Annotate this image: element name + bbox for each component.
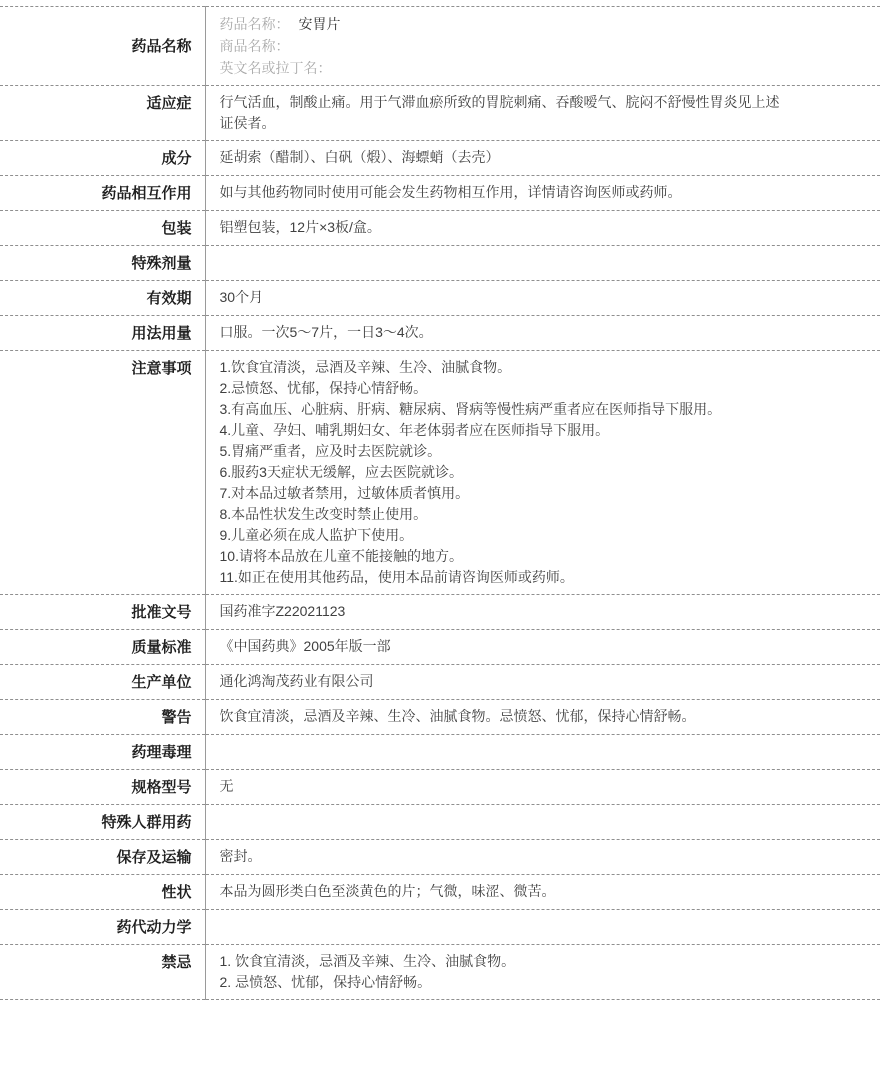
row-label-quality-standard: 质量标准 [0, 630, 205, 665]
packaging-text: 铝塑包装，12片×3板/盒。 [220, 217, 871, 238]
row-label-approval-number: 批准文号 [0, 595, 205, 630]
drug-info-table: 药品名称 药品名称：安胃片 商品名称： 英文名或拉丁名： 适应症 行气活血，制酸… [0, 6, 880, 1000]
row-content-properties: 本品为圆形类白色至淡黄色的片；气微，味涩、微苦。 [205, 875, 880, 910]
row-content-approval-number: 国药准字Z22021123 [205, 595, 880, 630]
row-label-specification: 规格型号 [0, 770, 205, 805]
row-label-ingredients: 成分 [0, 141, 205, 176]
row-dosage-usage: 用法用量 口服。一次5～7片，一日3～4次。 [0, 316, 880, 351]
row-drug-name: 药品名称 药品名称：安胃片 商品名称： 英文名或拉丁名： [0, 7, 880, 86]
row-label-storage-transport: 保存及运输 [0, 840, 205, 875]
row-special-dosage: 特殊剂量 [0, 246, 880, 281]
drug-name-value: 安胃片 [299, 16, 341, 32]
row-content-warning: 饮食宜清淡，忌酒及辛辣、生冷、油腻食物。忌愤怒、忧郁，保持心情舒畅。 [205, 700, 880, 735]
row-label-shelf-life: 有效期 [0, 281, 205, 316]
row-content-contraindications: 1. 饮食宜清淡，忌酒及辛辣、生冷、油腻食物。 2. 忌愤怒、忧郁，保持心情舒畅… [205, 945, 880, 1000]
row-content-pharmacokinetics [205, 910, 880, 945]
row-pharmacokinetics: 药代动力学 [0, 910, 880, 945]
row-ingredients: 成分 延胡索（醋制）、白矾（煅）、海螵蛸（去壳） [0, 141, 880, 176]
row-label-dosage-usage: 用法用量 [0, 316, 205, 351]
specification-text: 无 [220, 776, 871, 797]
row-label-contraindications: 禁忌 [0, 945, 205, 1000]
row-label-manufacturer: 生产单位 [0, 665, 205, 700]
row-content-special-populations [205, 805, 880, 840]
row-content-manufacturer: 通化鸿淘茂药业有限公司 [205, 665, 880, 700]
row-label-precautions: 注意事项 [0, 351, 205, 595]
row-content-drug-name: 药品名称：安胃片 商品名称： 英文名或拉丁名： [205, 7, 880, 86]
row-manufacturer: 生产单位 通化鸿淘茂药业有限公司 [0, 665, 880, 700]
row-content-ingredients: 延胡索（醋制）、白矾（煅）、海螵蛸（去壳） [205, 141, 880, 176]
drug-interactions-text: 如与其他药物同时使用可能会发生药物相互作用，详情请咨询医师或药师。 [220, 182, 871, 203]
row-special-populations: 特殊人群用药 [0, 805, 880, 840]
row-content-quality-standard: 《中国药典》2005年版一部 [205, 630, 880, 665]
row-content-special-dosage [205, 246, 880, 281]
contraindications-text: 1. 饮食宜清淡，忌酒及辛辣、生冷、油腻食物。 2. 忌愤怒、忧郁，保持心情舒畅… [220, 951, 871, 993]
row-pharmacology-toxicology: 药理毒理 [0, 735, 880, 770]
row-specification: 规格型号 无 [0, 770, 880, 805]
drug-name-prefix: 药品名称： [220, 16, 290, 32]
row-label-packaging: 包装 [0, 211, 205, 246]
indications-text: 行气活血，制酸止痛。用于气滞血瘀所致的胃脘刺痛、吞酸嗳气、脘闷不舒慢性胃炎见上述… [220, 92, 871, 134]
trade-name-field: 商品名称： [220, 35, 871, 57]
row-drug-interactions: 药品相互作用 如与其他药物同时使用可能会发生药物相互作用，详情请咨询医师或药师。 [0, 176, 880, 211]
row-content-specification: 无 [205, 770, 880, 805]
trade-name-prefix: 商品名称： [220, 38, 290, 54]
row-indications: 适应症 行气活血，制酸止痛。用于气滞血瘀所致的胃脘刺痛、吞酸嗳气、脘闷不舒慢性胃… [0, 86, 880, 141]
row-warning: 警告 饮食宜清淡，忌酒及辛辣、生冷、油腻食物。忌愤怒、忧郁，保持心情舒畅。 [0, 700, 880, 735]
row-contraindications: 禁忌 1. 饮食宜清淡，忌酒及辛辣、生冷、油腻食物。 2. 忌愤怒、忧郁，保持心… [0, 945, 880, 1000]
ingredients-text: 延胡索（醋制）、白矾（煅）、海螵蛸（去壳） [220, 147, 871, 168]
row-label-pharmacology-toxicology: 药理毒理 [0, 735, 205, 770]
shelf-life-text: 30个月 [220, 287, 871, 308]
row-content-packaging: 铝塑包装，12片×3板/盒。 [205, 211, 880, 246]
approval-number-text: 国药准字Z22021123 [220, 601, 871, 622]
row-label-drug-interactions: 药品相互作用 [0, 176, 205, 211]
row-label-properties: 性状 [0, 875, 205, 910]
row-content-indications: 行气活血，制酸止痛。用于气滞血瘀所致的胃脘刺痛、吞酸嗳气、脘闷不舒慢性胃炎见上述… [205, 86, 880, 141]
row-label-special-dosage: 特殊剂量 [0, 246, 205, 281]
row-content-storage-transport: 密封。 [205, 840, 880, 875]
latin-name-field: 英文名或拉丁名： [220, 57, 871, 79]
row-storage-transport: 保存及运输 密封。 [0, 840, 880, 875]
row-content-shelf-life: 30个月 [205, 281, 880, 316]
row-approval-number: 批准文号 国药准字Z22021123 [0, 595, 880, 630]
row-label-indications: 适应症 [0, 86, 205, 141]
row-properties: 性状 本品为圆形类白色至淡黄色的片；气微，味涩、微苦。 [0, 875, 880, 910]
row-label-special-populations: 特殊人群用药 [0, 805, 205, 840]
manufacturer-text: 通化鸿淘茂药业有限公司 [220, 671, 871, 692]
row-content-dosage-usage: 口服。一次5～7片，一日3～4次。 [205, 316, 880, 351]
row-shelf-life: 有效期 30个月 [0, 281, 880, 316]
row-label-pharmacokinetics: 药代动力学 [0, 910, 205, 945]
warning-text: 饮食宜清淡，忌酒及辛辣、生冷、油腻食物。忌愤怒、忧郁，保持心情舒畅。 [220, 706, 871, 727]
dosage-usage-text: 口服。一次5～7片，一日3～4次。 [220, 322, 871, 343]
precautions-text: 1.饮食宜清淡，忌酒及辛辣、生冷、油腻食物。 2.忌愤怒、忧郁，保持心情舒畅。 … [220, 357, 871, 588]
properties-text: 本品为圆形类白色至淡黄色的片；气微，味涩、微苦。 [220, 881, 871, 902]
row-precautions: 注意事项 1.饮食宜清淡，忌酒及辛辣、生冷、油腻食物。 2.忌愤怒、忧郁，保持心… [0, 351, 880, 595]
quality-standard-text: 《中国药典》2005年版一部 [220, 636, 871, 657]
row-packaging: 包装 铝塑包装，12片×3板/盒。 [0, 211, 880, 246]
row-label-drug-name: 药品名称 [0, 7, 205, 86]
storage-transport-text: 密封。 [220, 846, 871, 867]
row-label-warning: 警告 [0, 700, 205, 735]
latin-name-prefix: 英文名或拉丁名： [220, 60, 332, 76]
drug-name-field: 药品名称：安胃片 [220, 13, 871, 35]
row-quality-standard: 质量标准 《中国药典》2005年版一部 [0, 630, 880, 665]
row-content-pharmacology-toxicology [205, 735, 880, 770]
row-content-precautions: 1.饮食宜清淡，忌酒及辛辣、生冷、油腻食物。 2.忌愤怒、忧郁，保持心情舒畅。 … [205, 351, 880, 595]
row-content-drug-interactions: 如与其他药物同时使用可能会发生药物相互作用，详情请咨询医师或药师。 [205, 176, 880, 211]
